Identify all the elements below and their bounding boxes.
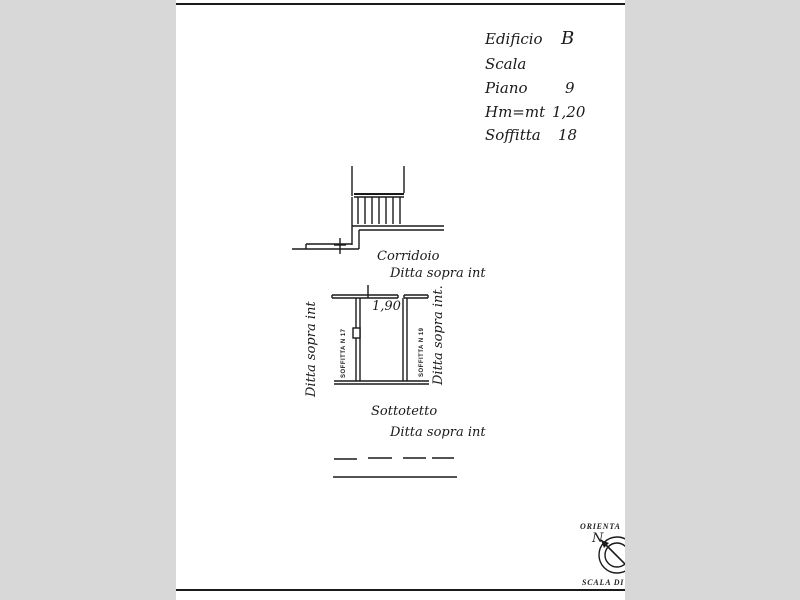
- info-value-soffitta: 18: [558, 128, 577, 143]
- info-label-height: Hm=mt: [485, 105, 545, 120]
- info-label-scala: Scala: [485, 57, 526, 72]
- scale-label: SCALA DI: [582, 578, 624, 587]
- orientation-label: ORIENTA: [580, 522, 621, 531]
- info-label-piano: Piano: [485, 81, 528, 96]
- left-neighbor-owner: Ditta sopra int: [305, 301, 318, 397]
- info-label-edificio: Edificio: [485, 32, 543, 47]
- bottom-area-label: Sottotetto: [371, 405, 437, 418]
- bottom-area-owner: Ditta sopra int: [390, 426, 486, 439]
- info-value-edificio: B: [561, 30, 574, 48]
- info-value-piano: 9: [565, 81, 575, 96]
- info-value-height: 1,20: [552, 105, 585, 120]
- right-neighbor-owner: Ditta sopra int.: [432, 285, 445, 385]
- info-label-soffitta: Soffitta: [485, 128, 541, 143]
- right-neighbor-unit: SOFFITTA N 19: [419, 327, 425, 377]
- north-arrow-icon: [598, 536, 625, 574]
- floor-plan-sheet: Edificio B Scala Piano 9 Hm=mt 1,20 Soff…: [176, 0, 625, 600]
- corridor-owner: Ditta sopra int: [390, 267, 486, 280]
- corridor-label: Corridoio: [377, 250, 440, 263]
- left-neighbor-unit: SOFFITTA N 17: [341, 328, 347, 378]
- height-mark: 1,90: [372, 300, 401, 313]
